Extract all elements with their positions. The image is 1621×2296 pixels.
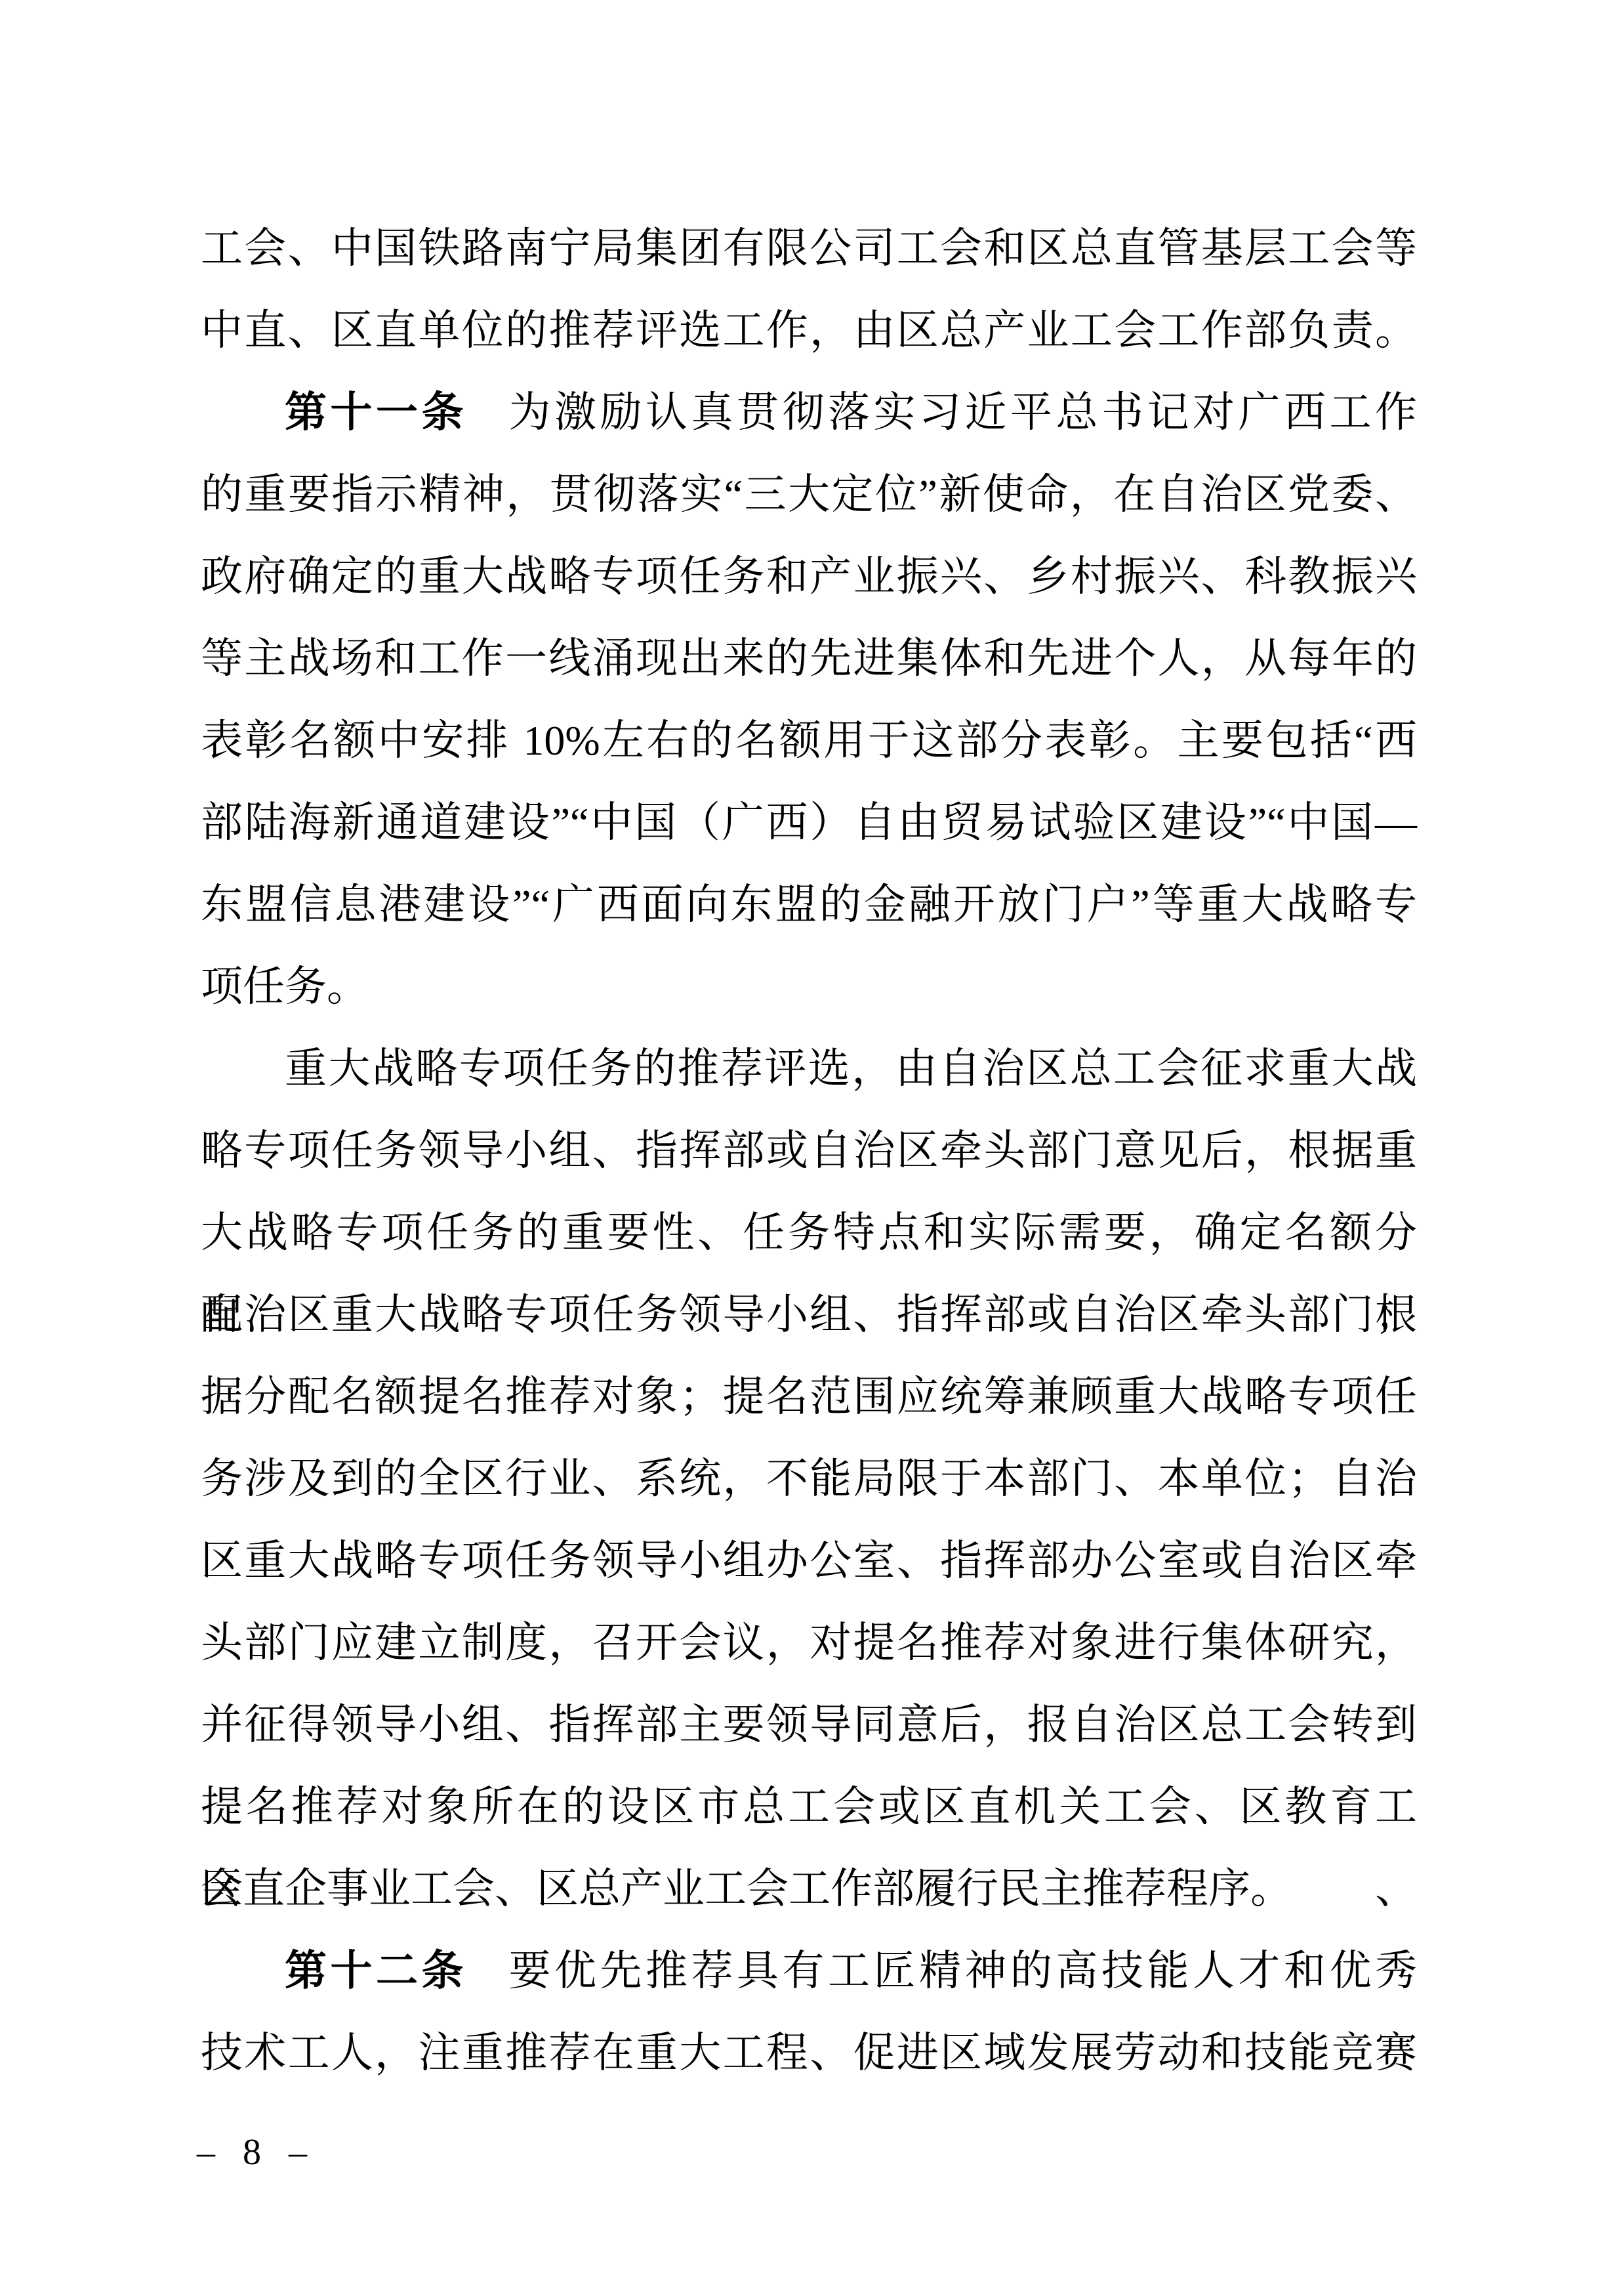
document-body: 工会、中国铁路南宁局集团有限公司工会和区总直管基层工会等中直、区直单位的推荐评选…	[201, 207, 1417, 2094]
text-line: 政府确定的重大战略专项任务和产业振兴、乡村振兴、科教振兴	[201, 535, 1417, 617]
text-line: 据分配名额提名推荐对象；提名范围应统筹兼顾重大战略专项任	[201, 1356, 1417, 1438]
text-line: 东盟信息港建设”“广西面向东盟的金融开放门户”等重大战略专	[201, 864, 1417, 946]
text-line: 务涉及到的全区行业、系统，不能局限于本部门、本单位；自治	[201, 1438, 1417, 1520]
line-text: 务涉及到的全区行业、系统，不能局限于本部门、本单位；自治	[201, 1455, 1417, 1502]
line-text: 等主战场和工作一线涌现出来的先进集体和先进个人，从每年的	[201, 635, 1417, 682]
line-text: 项任务。	[201, 963, 369, 1010]
text-line: 第十一条为激励认真贯彻落实习近平总书记对广西工作	[201, 371, 1417, 453]
line-text: 工会、中国铁路南宁局集团有限公司工会和区总直管基层工会等	[201, 225, 1417, 272]
line-text: 自治区重大战略专项任务领导小组、指挥部或自治区牵头部门根	[201, 1291, 1417, 1338]
page-number: – 8 –	[197, 2134, 316, 2171]
line-text: 东盟信息港建设”“广西面向东盟的金融开放门户”等重大战略专	[201, 881, 1417, 928]
line-text: 并征得领导小组、指挥部主要领导同意后，报自治区总工会转到	[201, 1701, 1417, 1748]
line-text: 据分配名额提名推荐对象；提名范围应统筹兼顾重大战略专项任	[201, 1373, 1417, 1420]
heading-gap	[467, 426, 505, 427]
line-text: 中直、区直单位的推荐评选工作，由区总产业工会工作部负责。	[201, 307, 1417, 354]
line-text: 头部门应建立制度，召开会议，对提名推荐对象进行集体研究，	[201, 1619, 1417, 1666]
line-text: 为激励认真贯彻落实习近平总书记对广西工作	[505, 389, 1417, 436]
text-line: 中直、区直单位的推荐评选工作，由区总产业工会工作部负责。	[201, 289, 1417, 371]
text-line: 第十二条要优先推荐具有工匠精神的高技能人才和优秀	[201, 1930, 1417, 2012]
text-line: 工会、中国铁路南宁局集团有限公司工会和区总直管基层工会等	[201, 207, 1417, 289]
line-text: 区直企事业工会、区总产业工会工作部履行民主推荐程序。	[201, 1866, 1292, 1912]
line-text: 重大战略专项任务的推荐评选，由自治区总工会征求重大战	[285, 1045, 1417, 1092]
text-line: 技术工人，注重推荐在重大工程、促进区域发展劳动和技能竞赛	[201, 2012, 1417, 2094]
text-line: 自治区重大战略专项任务领导小组、指挥部或自治区牵头部门根	[201, 1274, 1417, 1356]
line-text: 部陆海新通道建设”“中国（广西）自由贸易试验区建设”“中国—	[201, 799, 1417, 846]
text-line: 略专项任务领导小组、指挥部或自治区牵头部门意见后，根据重	[201, 1110, 1417, 1192]
text-line: 的重要指示精神，贯彻落实“三大定位”新使命，在自治区党委、	[201, 453, 1417, 535]
text-line: 并征得领导小组、指挥部主要领导同意后，报自治区总工会转到	[201, 1684, 1417, 1766]
text-line: 等主战场和工作一线涌现出来的先进集体和先进个人，从每年的	[201, 617, 1417, 699]
line-text: 政府确定的重大战略专项任务和产业振兴、乡村振兴、科教振兴	[201, 553, 1417, 600]
article-heading: 第十二条	[285, 1947, 467, 1994]
text-line: 头部门应建立制度，召开会议，对提名推荐对象进行集体研究，	[201, 1602, 1417, 1684]
line-text: 区重大战略专项任务领导小组办公室、指挥部办公室或自治区牵	[201, 1537, 1417, 1584]
line-text: 表彰名额中安排 10%左右的名额用于这部分表彰。主要包括“西	[201, 717, 1417, 764]
line-text: 要优先推荐具有工匠精神的高技能人才和优秀	[505, 1948, 1417, 1994]
text-line: 项任务。	[201, 946, 1417, 1028]
document-page: 工会、中国铁路南宁局集团有限公司工会和区总直管基层工会等中直、区直单位的推荐评选…	[0, 0, 1621, 2296]
line-text: 的重要指示精神，贯彻落实“三大定位”新使命，在自治区党委、	[201, 471, 1417, 518]
text-line: 大战略专项任务的重要性、任务特点和实际需要，确定名额分配；	[201, 1192, 1417, 1274]
line-text: 技术工人，注重推荐在重大工程、促进区域发展劳动和技能竞赛	[201, 2030, 1417, 2076]
line-text: 略专项任务领导小组、指挥部或自治区牵头部门意见后，根据重	[201, 1127, 1417, 1174]
article-heading: 第十一条	[285, 388, 467, 436]
text-line: 区重大战略专项任务领导小组办公室、指挥部办公室或自治区牵	[201, 1520, 1417, 1602]
heading-gap	[467, 1984, 505, 1985]
text-line: 部陆海新通道建设”“中国（广西）自由贸易试验区建设”“中国—	[201, 782, 1417, 864]
text-line: 重大战略专项任务的推荐评选，由自治区总工会征求重大战	[201, 1028, 1417, 1110]
text-line: 区直企事业工会、区总产业工会工作部履行民主推荐程序。	[201, 1848, 1417, 1930]
text-line: 表彰名额中安排 10%左右的名额用于这部分表彰。主要包括“西	[201, 699, 1417, 782]
text-line: 提名推荐对象所在的设区市总工会或区直机关工会、区教育工会、	[201, 1766, 1417, 1848]
